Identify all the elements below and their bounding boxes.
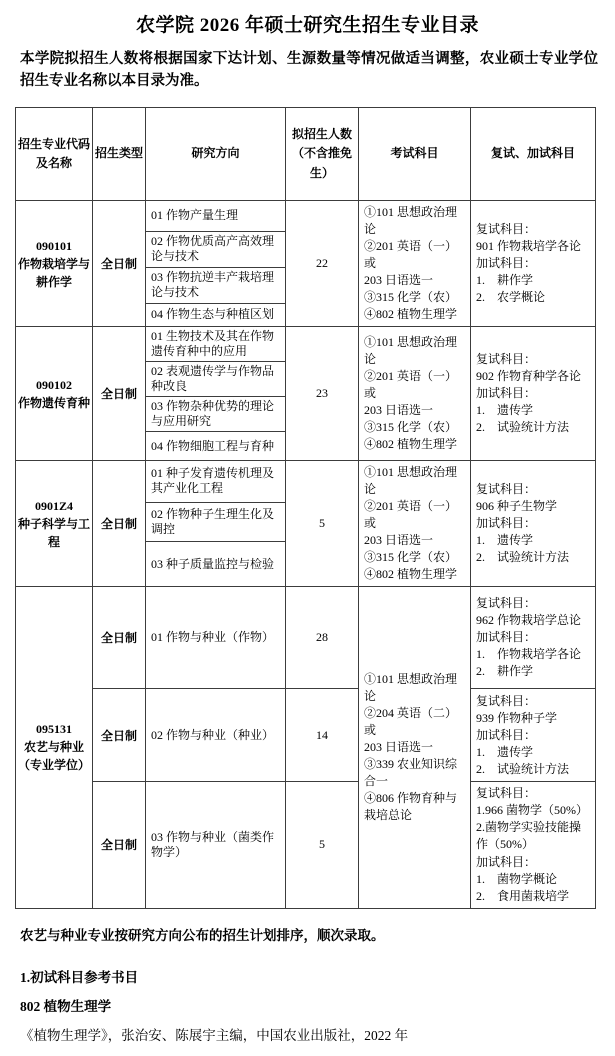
col-header-retest: 复试、加试科目 — [471, 107, 596, 200]
reference-subject: 802 植物生理学 — [20, 995, 595, 1015]
col-header-code-name: 招生专业代码及名称 — [16, 107, 93, 200]
table-row: 095131 农艺与种业（专业学位） 全日制 01 作物与种业（作物） 28 ①… — [16, 587, 596, 689]
direction-cell: 02 作物种子生理生化及调控 — [146, 502, 286, 541]
program-type: 全日制 — [93, 327, 146, 461]
direction-cell: 01 生物技术及其在作物遗传育种中的应用 — [146, 327, 286, 362]
page-title: 农学院 2026 年硕士研究生招生专业目录 — [0, 0, 615, 37]
program-count: 14 — [286, 689, 359, 782]
direction-cell: 02 作物优质高产高效理论与技术 — [146, 231, 286, 267]
program-count: 5 — [286, 461, 359, 587]
col-header-type: 招生类型 — [93, 107, 146, 200]
program-count: 22 — [286, 200, 359, 326]
retest-subjects: 复试科目： 901 作物栽培学各论 加试科目： 1. 耕作学 2. 农学概论 — [471, 200, 596, 326]
program-code: 090101 — [16, 237, 92, 255]
program-code-name: 0901Z4 种子科学与工程 — [16, 461, 93, 587]
program-type: 全日制 — [93, 461, 146, 587]
program-code-name: 090102 作物遗传育种 — [16, 327, 93, 461]
program-count: 5 — [286, 782, 359, 908]
exam-subjects: ①101 思想政治理论 ②201 英语（一）或 203 日语选一 ③315 化学… — [359, 327, 471, 461]
admissions-catalog-table: 招生专业代码及名称 招生类型 研究方向 拟招生人数（不含推免生） 考试科目 复试… — [15, 107, 596, 909]
note-text: 农艺与种业专业按研究方向公布的招生计划排序，顺次录取。 — [20, 924, 595, 944]
direction-cell: 03 作物杂种优势的理论与应用研究 — [146, 397, 286, 432]
table-row: 090101 作物栽培学与耕作学 全日制 01 作物产量生理 22 ①101 思… — [16, 200, 596, 231]
program-code-name: 095131 农艺与种业（专业学位） — [16, 587, 93, 908]
program-name: 种子科学与工程 — [16, 515, 92, 551]
reference-heading: 1.初试科目参考书目 — [20, 966, 595, 986]
direction-cell: 02 作物与种业（种业） — [146, 689, 286, 782]
table-row: 全日制 03 作物与种业（菌类作物学） 5 复试科目： 1.966 菌物学（50… — [16, 782, 596, 908]
col-header-count: 拟招生人数（不含推免生） — [286, 107, 359, 200]
exam-subjects: ①101 思想政治理论 ②201 英语（一）或 203 日语选一 ③315 化学… — [359, 200, 471, 326]
program-name: 农艺与种业（专业学位） — [16, 738, 92, 774]
program-type: 全日制 — [93, 782, 146, 908]
col-header-direction: 研究方向 — [146, 107, 286, 200]
col-header-exam: 考试科目 — [359, 107, 471, 200]
retest-subjects: 复试科目： 962 作物栽培学总论 加试科目： 1. 作物栽培学各论 2. 耕作… — [471, 587, 596, 689]
direction-cell: 03 作物与种业（菌类作物学） — [146, 782, 286, 908]
program-code: 0901Z4 — [16, 497, 92, 515]
program-code-name: 090101 作物栽培学与耕作学 — [16, 200, 93, 326]
exam-subjects: ①101 思想政治理论 ②201 英语（一）或 203 日语选一 ③315 化学… — [359, 461, 471, 587]
program-count: 23 — [286, 327, 359, 461]
retest-subjects: 复试科目： 1.966 菌物学（50%） 2.菌物学实验技能操作（50%） 加试… — [471, 782, 596, 908]
exam-subjects: ①101 思想政治理论 ②204 英语（二）或 203 日语选一 ③339 农业… — [359, 587, 471, 908]
retest-subjects: 复试科目： 939 作物种子学 加试科目： 1. 遗传学 2. 试验统计方法 — [471, 689, 596, 782]
direction-cell: 01 种子发育遗传机理及其产业化工程 — [146, 461, 286, 502]
direction-cell: 01 作物与种业（作物） — [146, 587, 286, 689]
program-type: 全日制 — [93, 587, 146, 689]
direction-cell: 01 作物产量生理 — [146, 200, 286, 231]
program-name: 作物栽培学与耕作学 — [16, 255, 92, 291]
program-name: 作物遗传育种 — [16, 394, 92, 412]
retest-subjects: 复试科目： 902 作物育种学各论 加试科目： 1. 遗传学 2. 试验统计方法 — [471, 327, 596, 461]
table-header-row: 招生专业代码及名称 招生类型 研究方向 拟招生人数（不含推免生） 考试科目 复试… — [16, 107, 596, 200]
direction-cell: 03 作物抗逆丰产栽培理论与技术 — [146, 267, 286, 303]
program-code: 095131 — [16, 720, 92, 738]
program-type: 全日制 — [93, 200, 146, 326]
table-row: 090102 作物遗传育种 全日制 01 生物技术及其在作物遗传育种中的应用 2… — [16, 327, 596, 362]
direction-cell: 04 作物生态与种植区划 — [146, 303, 286, 327]
reference-book: 《植物生理学》，张治安、陈展宇主编，中国农业出版社，2022 年 — [20, 1024, 595, 1044]
retest-subjects: 复试科目： 906 种子生物学 加试科目： 1. 遗传学 2. 试验统计方法 — [471, 461, 596, 587]
table-row: 0901Z4 种子科学与工程 全日制 01 种子发育遗传机理及其产业化工程 5 … — [16, 461, 596, 502]
program-code: 090102 — [16, 376, 92, 394]
program-type: 全日制 — [93, 689, 146, 782]
direction-cell: 04 作物细胞工程与育种 — [146, 432, 286, 461]
direction-cell: 02 表观遗传学与作物品种改良 — [146, 362, 286, 397]
direction-cell: 03 种子质量监控与检验 — [146, 541, 286, 587]
program-count: 28 — [286, 587, 359, 689]
table-row: 全日制 02 作物与种业（种业） 14 复试科目： 939 作物种子学 加试科目… — [16, 689, 596, 782]
intro-paragraph: 本学院拟招生人数将根据国家下达计划、生源数量等情况做适当调整，农业硕士专业学位招… — [20, 48, 598, 93]
